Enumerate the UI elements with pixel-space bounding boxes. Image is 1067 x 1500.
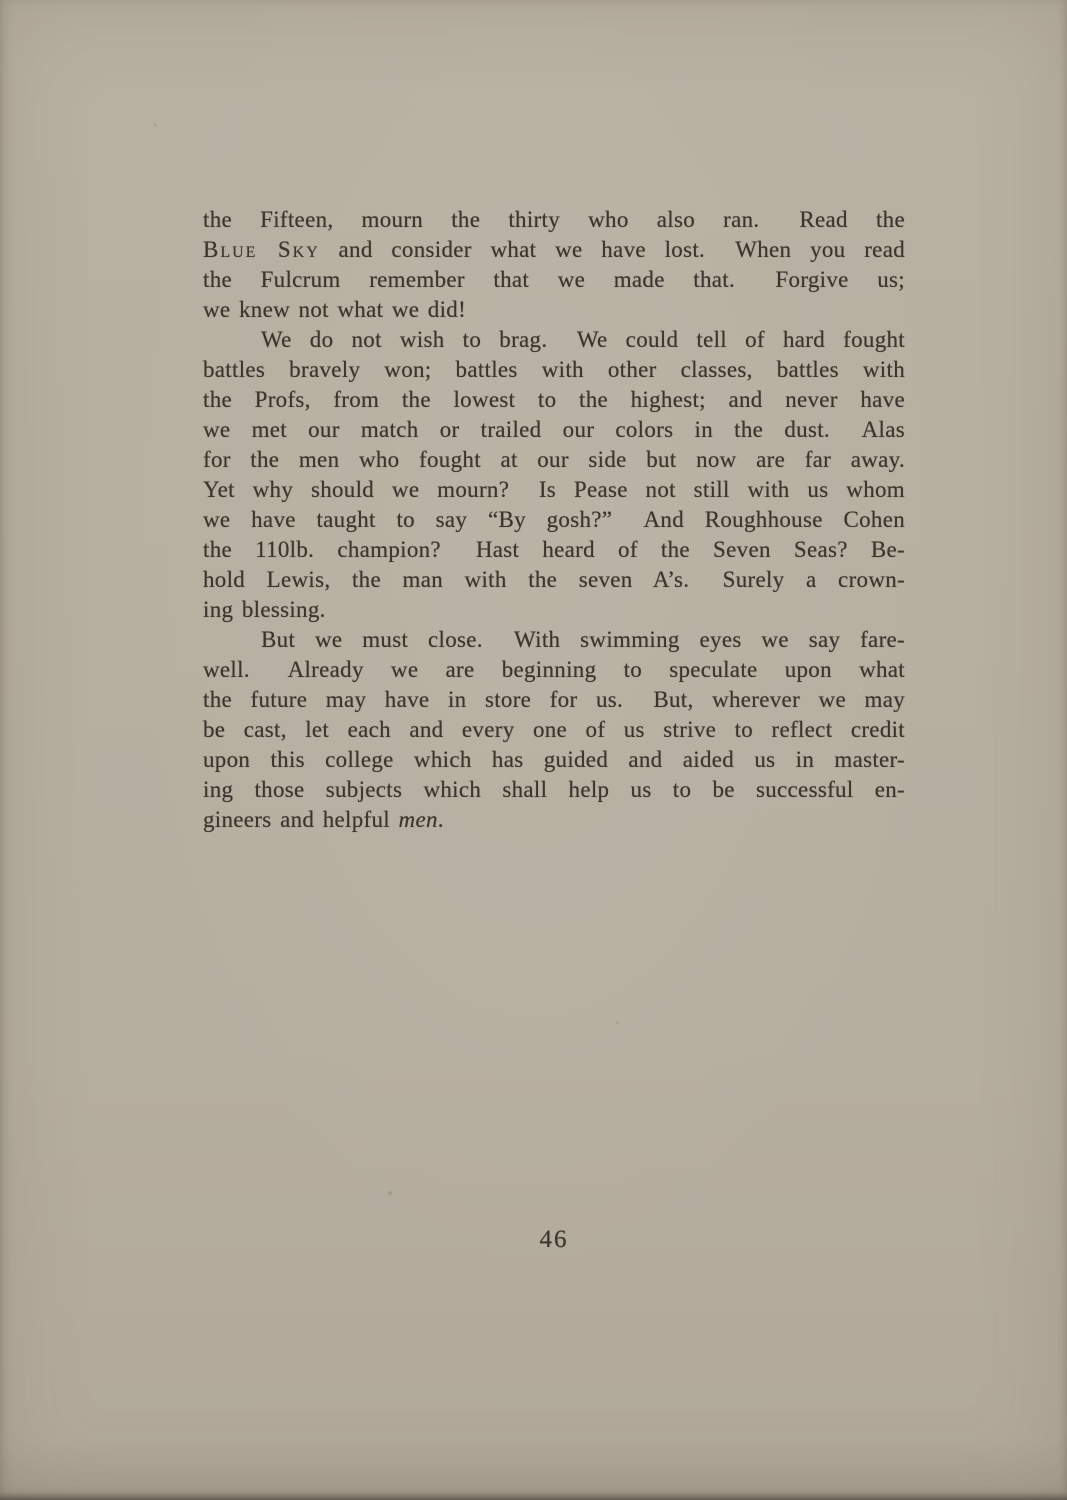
text-segment: and consider what we have lost. When you… [320, 237, 905, 262]
text-segment: hold Lewis, the man with the seven A’s. … [203, 567, 905, 592]
text-segment-italic: men [399, 807, 438, 832]
text-line: battles bravely won; battles with other … [203, 355, 905, 385]
text-segment: the Fulcrum remember that we made that. … [203, 267, 905, 292]
text-segment: the future may have in store for us. But… [203, 687, 905, 712]
text-line: for the men who fought at our side but n… [203, 445, 905, 475]
text-line: Blue Sky and consider what we have lost.… [203, 235, 905, 265]
scanned-page: the Fifteen, mourn the thirty who also r… [0, 0, 1067, 1500]
text-segment: . [438, 807, 444, 832]
text-segment: the 110lb. champion? Hast heard of the S… [203, 537, 905, 562]
text-line: upon this college which has guided and a… [203, 745, 905, 775]
text-segment: for the men who fought at our side but n… [203, 447, 905, 472]
text-line: we knew not what we did! [203, 295, 905, 325]
text-line: gineers and helpful men. [203, 805, 905, 835]
text-segment: upon this college which has guided and a… [203, 747, 905, 772]
text-segment: Yet why should we mourn? Is Pease not st… [203, 477, 905, 502]
text-line: we have taught to say “By gosh?” And Rou… [203, 505, 905, 535]
text-segment: gineers and helpful [203, 807, 399, 832]
text-segment: well. Already we are beginning to specul… [203, 657, 905, 682]
text-segment: battles bravely won; battles with other … [203, 357, 905, 382]
text-line: hold Lewis, the man with the seven A’s. … [203, 565, 905, 595]
text-line: We do not wish to brag. We could tell of… [203, 325, 905, 355]
text-line: the 110lb. champion? Hast heard of the S… [203, 535, 905, 565]
text-segment: But we must close. With swimming eyes we… [261, 627, 905, 652]
page-number: 46 [203, 1226, 905, 1254]
text-segment: we knew not what we did! [203, 297, 466, 322]
text-segment: the Profs, from the lowest to the highes… [203, 387, 905, 412]
text-segment: be cast, let each and every one of us st… [203, 717, 905, 742]
text-line: Yet why should we mourn? Is Pease not st… [203, 475, 905, 505]
text-segment: the Fifteen, mourn the thirty who also r… [203, 207, 905, 232]
text-line: the Fulcrum remember that we made that. … [203, 265, 905, 295]
text-line: be cast, let each and every one of us st… [203, 715, 905, 745]
text-segment: we met our match or trailed our colors i… [203, 417, 905, 442]
text-line: the future may have in store for us. But… [203, 685, 905, 715]
text-line: the Profs, from the lowest to the highes… [203, 385, 905, 415]
text-segment: We do not wish to brag. We could tell of… [261, 327, 905, 352]
text-line: we met our match or trailed our colors i… [203, 415, 905, 445]
body-text: the Fifteen, mourn the thirty who also r… [203, 205, 905, 835]
text-segment-smallcaps: Blue Sky [203, 237, 320, 262]
text-line: the Fifteen, mourn the thirty who also r… [203, 205, 905, 235]
text-line: ing blessing. [203, 595, 905, 625]
text-line: well. Already we are beginning to specul… [203, 655, 905, 685]
text-segment: ing those subjects which shall help us t… [203, 777, 905, 802]
text-line: ing those subjects which shall help us t… [203, 775, 905, 805]
text-segment: ing blessing. [203, 597, 326, 622]
text-line: But we must close. With swimming eyes we… [203, 625, 905, 655]
text-segment: we have taught to say “By gosh?” And Rou… [203, 507, 905, 532]
